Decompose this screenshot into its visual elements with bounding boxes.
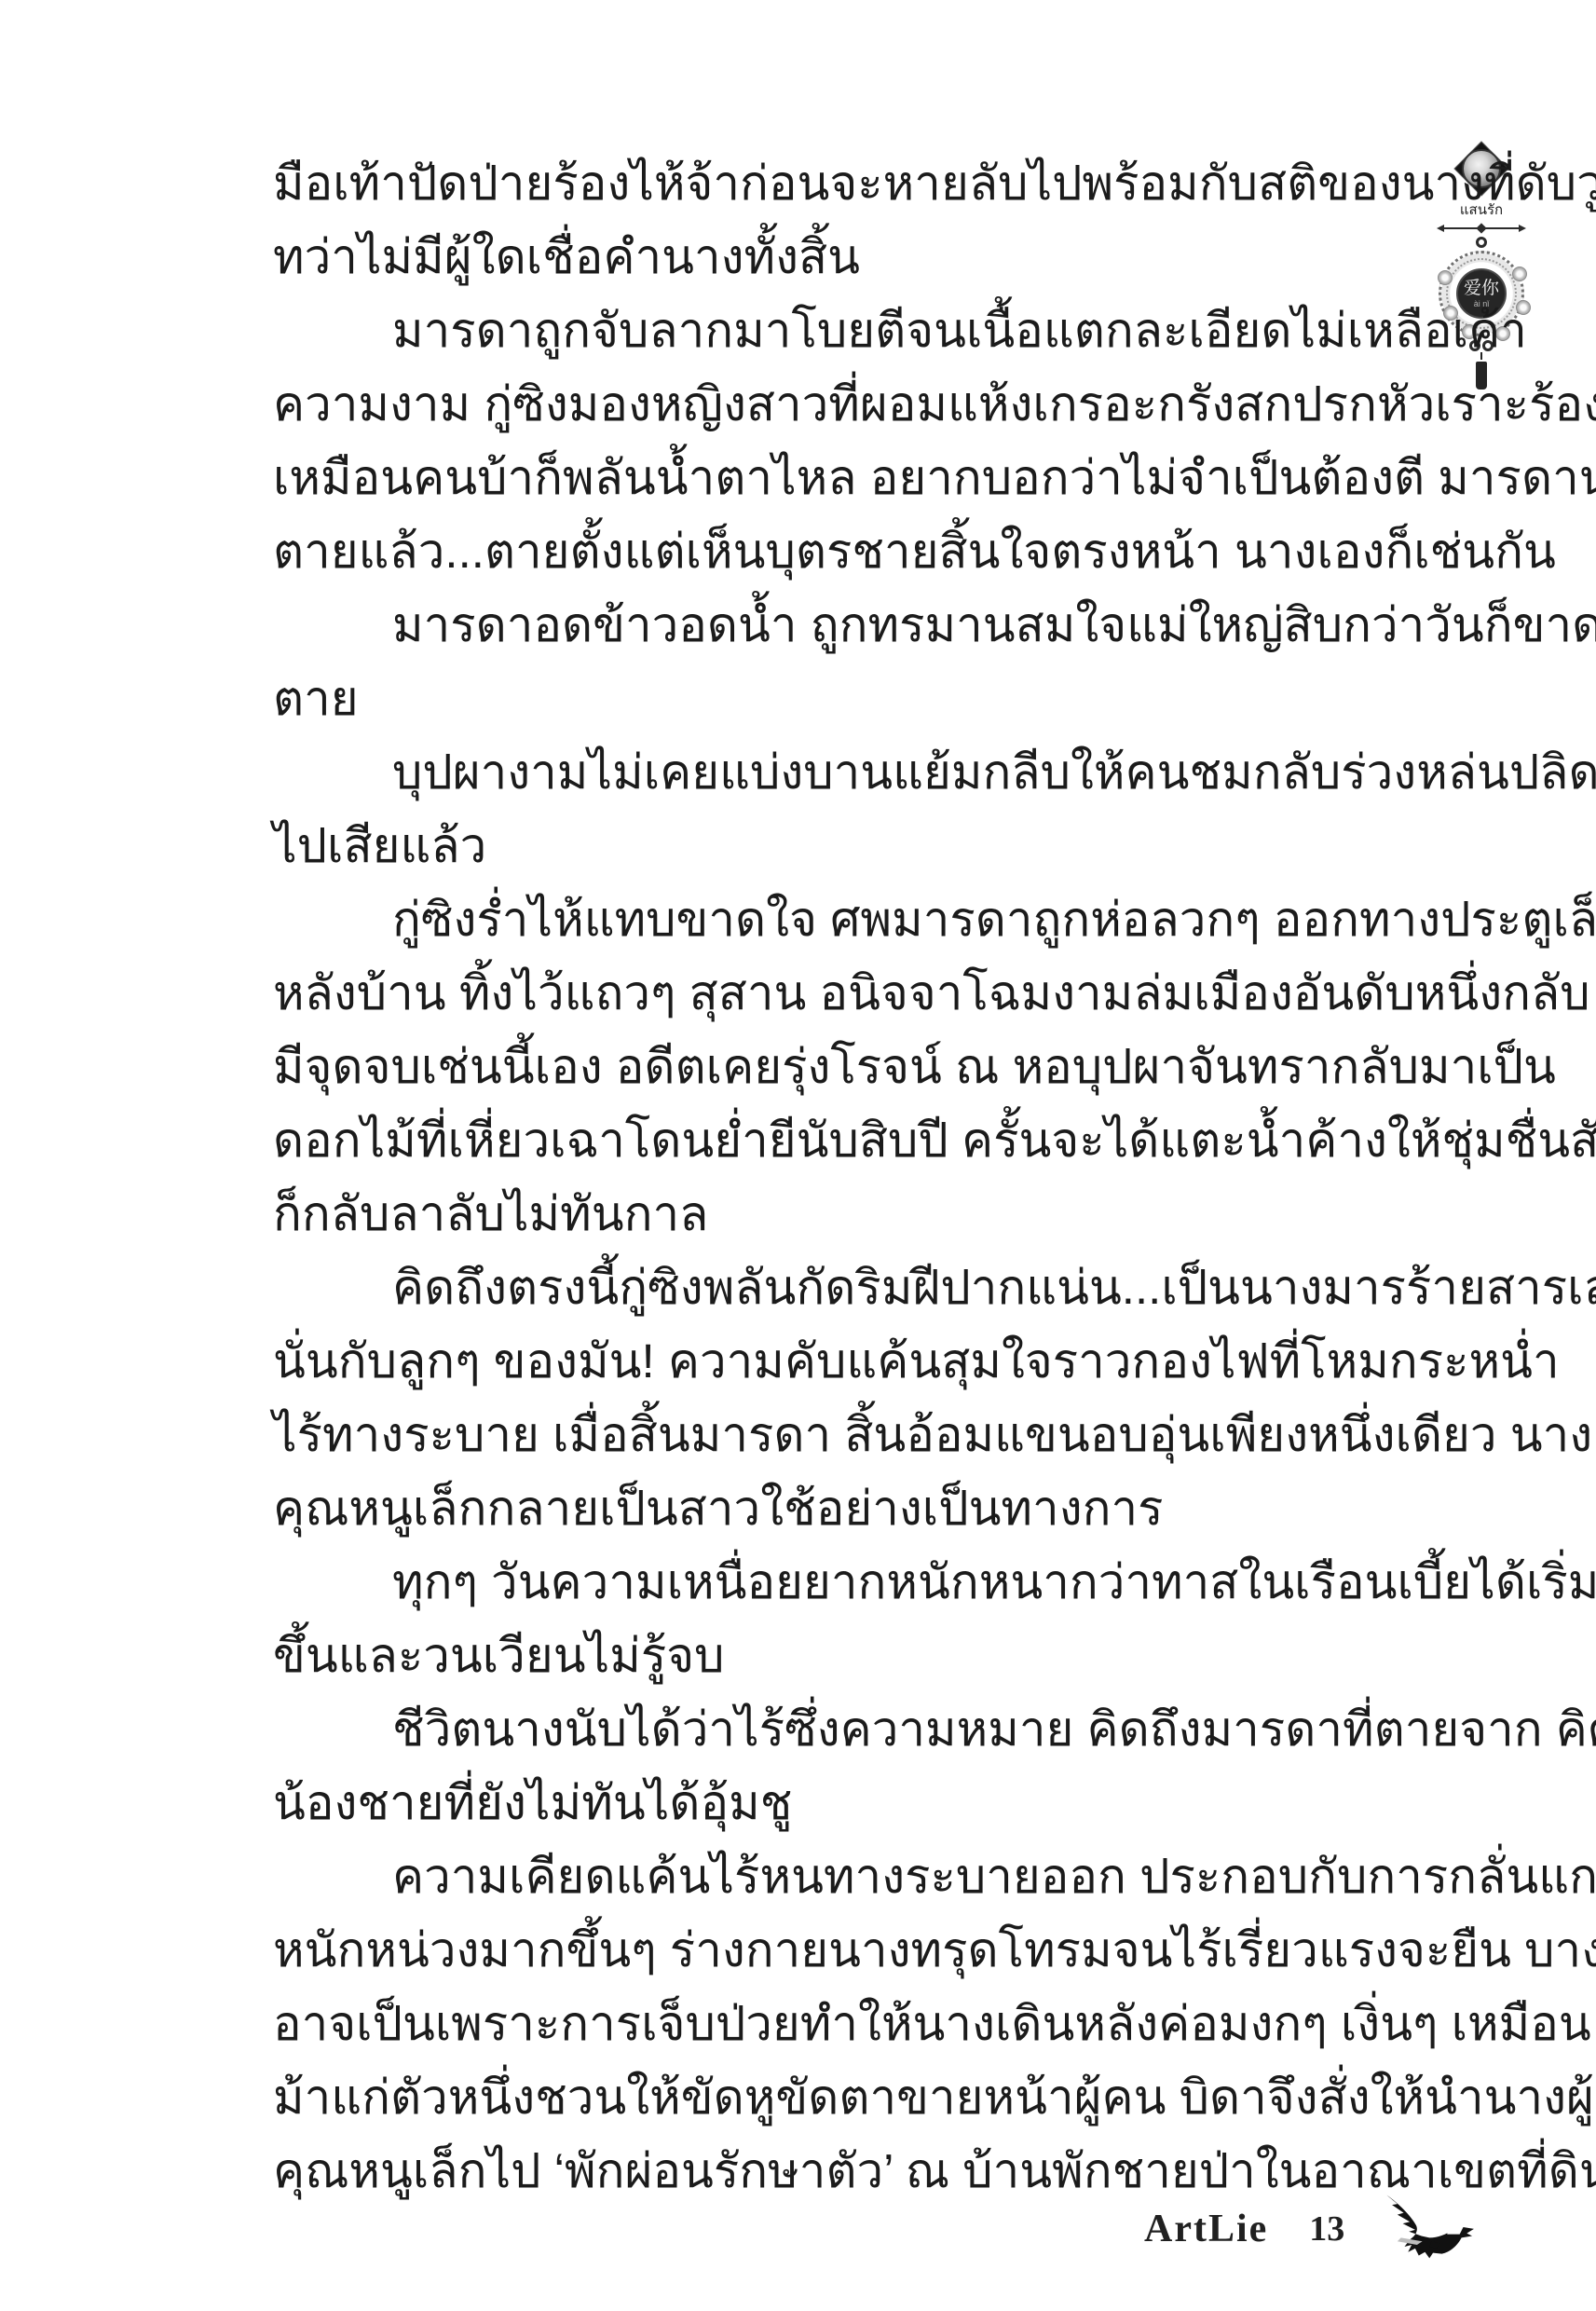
- text-line: ทว่าไม่มีผู้ใดเชื่อคำนางทั้งสิ้น: [273, 220, 1445, 294]
- text-line: มือเท้าปัดป่ายร้องไห้จ้าก่อนจะหายลับไปพร…: [273, 146, 1445, 220]
- book-page: แสนรัก 爱你 ài nǐ มือเท้าปัดป: [0, 0, 1596, 2311]
- text-line: ขึ้นและวนเวียนไม่รู้จบ: [273, 1619, 1445, 1692]
- text-line: เหมือนคนบ้าก็พลันน้ำตาไหล อยากบอกว่าไม่จ…: [273, 441, 1445, 514]
- text-line: ความเคียดแค้นไร้หนทางระบายออก ประกอบกับก…: [273, 1839, 1445, 1913]
- text-line: ม้าแก่ตัวหนึ่งชวนให้ขัดหูขัดตาขายหน้าผู้…: [273, 2060, 1445, 2134]
- text-line: ทุกๆ วันความเหนื่อยยากหนักหนากว่าทาสในเร…: [273, 1545, 1445, 1619]
- text-line: ดอกไม้ที่เหี่ยวเฉาโดนย่ำยีนับสิบปี ครั้น…: [273, 1103, 1445, 1177]
- text-line: บุปผางามไม่เคยแบ่งบานแย้มกลีบให้คนชมกลับ…: [273, 735, 1445, 809]
- text-line: มารดาอดข้าวอดน้ำ ถูกทรมานสมใจแม่ใหญ่สิบก…: [273, 588, 1445, 662]
- text-line: ไปเสียแล้ว: [273, 809, 1445, 882]
- text-line: ไร้ทางระบาย เมื่อสิ้นมารดา สิ้นอ้อมแขนอบ…: [273, 1398, 1445, 1471]
- publisher-brand: ArtLie: [1144, 2207, 1268, 2251]
- text-line: คิดถึงตรงนี้กู่ซิงพลันกัดริมฝีปากแน่น...…: [273, 1251, 1445, 1324]
- text-line: ชีวิตนางนับได้ว่าไร้ซึ่งความหมาย คิดถึงม…: [273, 1692, 1445, 1766]
- text-line: ตายแล้ว...ตายตั้งแต่เห็นบุตรชายสิ้นใจตรง…: [273, 514, 1445, 588]
- text-line: มารดาถูกจับลากมาโบยตีจนเนื้อแตกละเอียดไม…: [273, 294, 1445, 367]
- arrow-divider-icon: [1437, 222, 1526, 235]
- body-text: มือเท้าปัดป่ายร้องไห้จ้าก่อนจะหายลับไปพร…: [273, 146, 1445, 2208]
- text-line: หนักหน่วงมากขึ้นๆ ร่างกายนางทรุดโทรมจนไร…: [273, 1913, 1445, 1987]
- text-line: ก็กลับลาลับไม่ทันกาล: [273, 1177, 1445, 1251]
- eagle-icon: [1374, 2190, 1480, 2263]
- text-line: อาจเป็นเพราะการเจ็บป่วยทำให้นางเดินหลังค…: [273, 1987, 1445, 2060]
- text-line: คุณหนูเล็กกลายเป็นสาวใช้อย่างเป็นทางการ: [273, 1471, 1445, 1545]
- text-line: ความงาม กู่ซิงมองหญิงสาวที่ผอมแห้งเกรอะก…: [273, 367, 1445, 441]
- text-line: มีจุดจบเช่นนี้เอง อดีตเคยรุ่งโรจน์ ณ หอบ…: [273, 1030, 1445, 1103]
- petal-icon: [1512, 267, 1527, 281]
- text-line: หลังบ้าน ทิ้งไว้แถวๆ สุสาน อนิจจาโฉมงามล…: [273, 956, 1445, 1030]
- page-number: 13: [1309, 2208, 1344, 2249]
- text-line: กู่ซิงร่ำไห้แทบขาดใจ ศพมารดาถูกห่อลวกๆ อ…: [273, 882, 1445, 956]
- knot-icon: [1476, 237, 1487, 248]
- text-line: น้องชายที่ยังไม่ทันได้อุ้มชู: [273, 1766, 1445, 1839]
- page-footer: ArtLie 13: [1144, 2192, 1480, 2266]
- text-line: นั่นกับลูกๆ ของมัน! ความคับแค้นสุมใจราวก…: [273, 1324, 1445, 1398]
- text-lines: มือเท้าปัดป่ายร้องไห้จ้าก่อนจะหายลับไปพร…: [273, 146, 1445, 2208]
- text-line: ตาย: [273, 662, 1445, 735]
